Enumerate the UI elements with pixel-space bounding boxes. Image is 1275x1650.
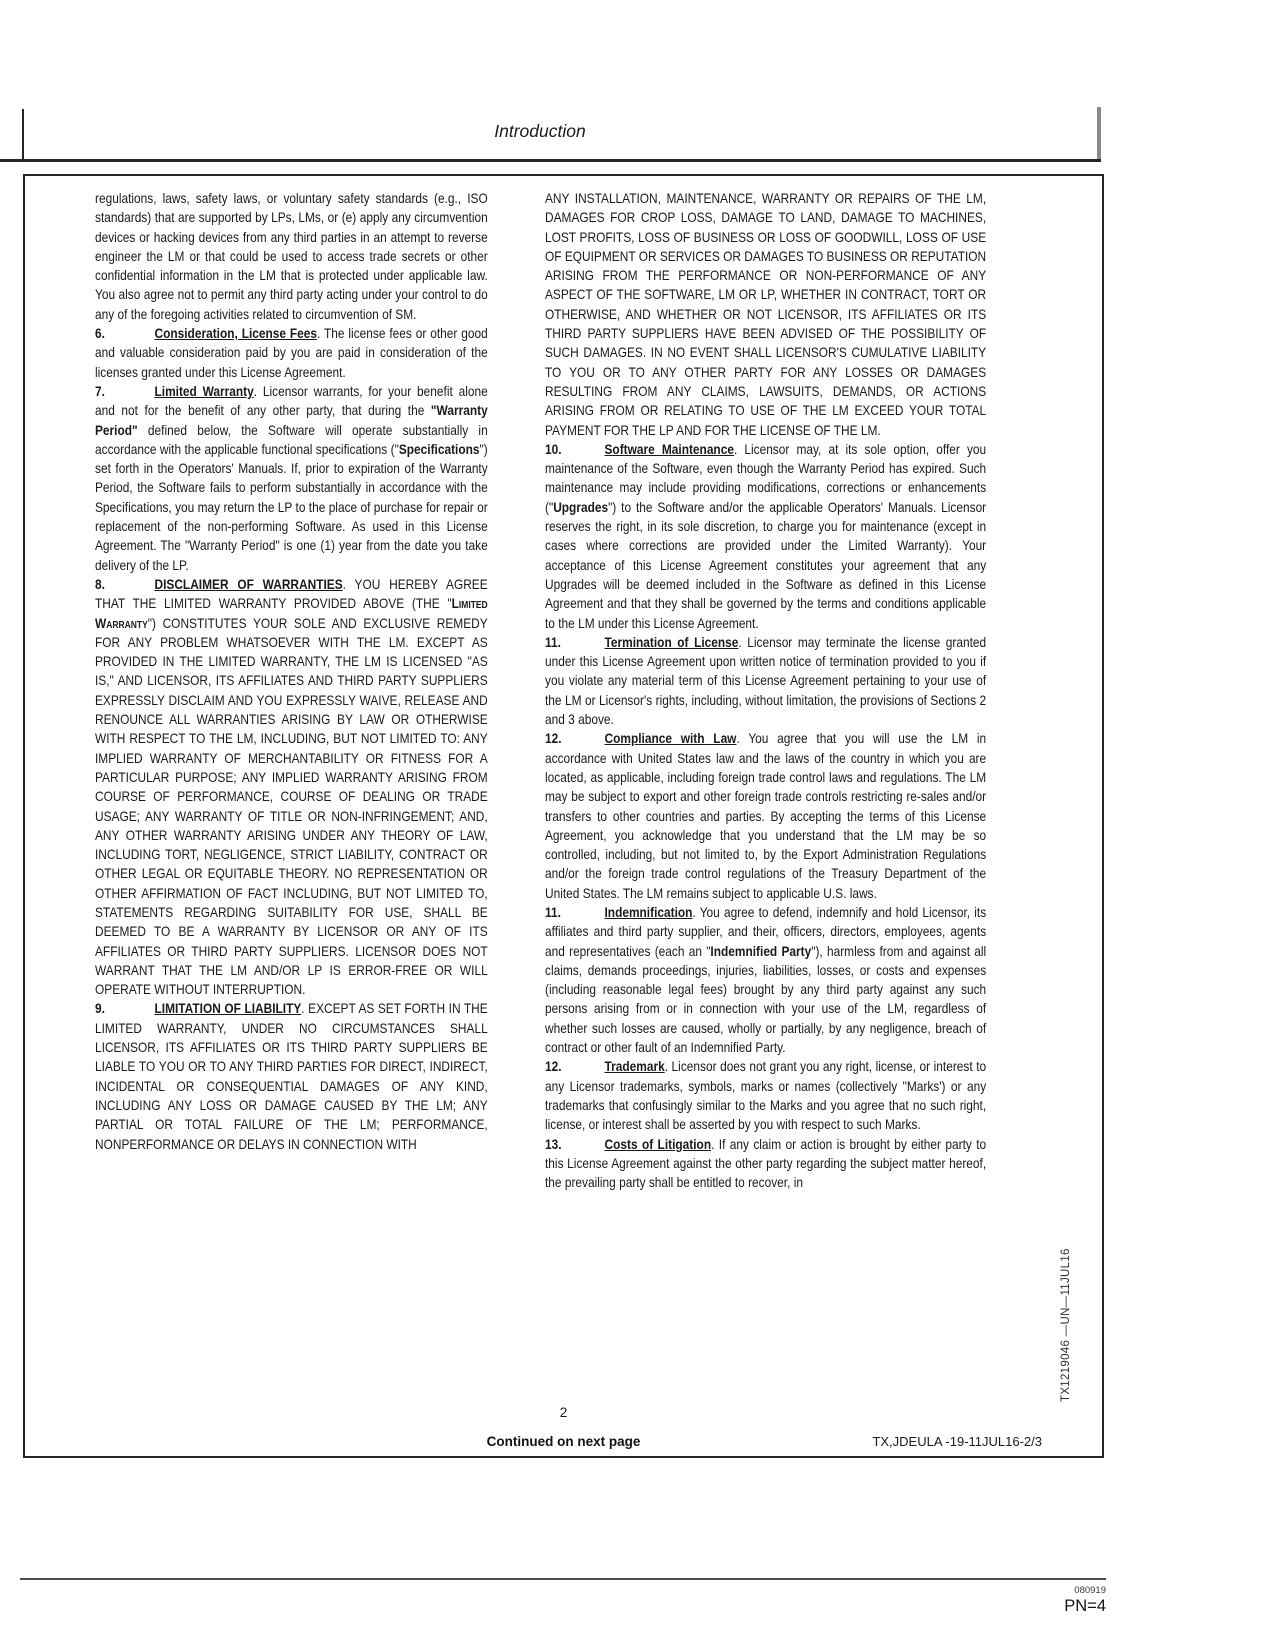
section-number: 8. [95, 575, 155, 594]
column-right: ANY INSTALLATION, MAINTENANCE, WARRANTY … [545, 189, 986, 1192]
print-code: 080919 [1074, 1585, 1106, 1596]
section-heading: Costs of Litigation [605, 1136, 712, 1152]
footer-doc-code: TX,JDEULA -19-11JUL16-2/3 [872, 1434, 1042, 1449]
section-number: 11. [545, 633, 605, 652]
section-number: 13. [545, 1135, 605, 1154]
header-rule [0, 159, 1101, 162]
section-heading: Compliance with Law [605, 730, 737, 746]
section-paragraph: 11.Termination of License. Licensor may … [545, 633, 986, 729]
section-paragraph: 12.Trademark. Licensor does not grant yo… [545, 1057, 986, 1134]
text-segment: regulations, laws, safety laws, or volun… [95, 190, 488, 322]
section-heading: Consideration, License Fees [155, 325, 318, 341]
section-heading: Termination of License [605, 634, 739, 650]
section-heading: Limited Warranty [155, 383, 254, 399]
section-number: 6. [95, 324, 155, 343]
section-paragraph: 9.LIMITATION OF LIABILITY. EXCEPT AS SET… [95, 999, 488, 1153]
sidebar-image-code: TX1219046 —UN—11JUL16 [1060, 1248, 1072, 1402]
section-paragraph: 13.Costs of Litigation. If any claim or … [545, 1135, 986, 1193]
section-number: 11. [545, 903, 605, 922]
section-number: 10. [545, 440, 605, 459]
pn-label: PN=4 [1064, 1597, 1106, 1616]
section-number: 12. [545, 1057, 605, 1076]
section-heading: DISCLAIMER OF WARRANTIES [155, 576, 343, 592]
section-number: 7. [95, 382, 155, 401]
section-paragraph: 11.Indemnification. You agree to defend,… [545, 903, 986, 1057]
text-segment: ") to the Software and/or the applicable… [545, 499, 986, 631]
text-segment: Upgrades [553, 499, 608, 515]
text-segment: ") CONSTITUTES YOUR SOLE AND EXCLUSIVE R… [95, 615, 488, 998]
bottom-rule [20, 1578, 1106, 1580]
text-segment: Indemnified Party [710, 943, 811, 959]
section-number: 12. [545, 729, 605, 748]
paragraph: ANY INSTALLATION, MAINTENANCE, WARRANTY … [545, 189, 986, 440]
license-text-box: regulations, laws, safety laws, or volun… [23, 174, 1104, 1458]
column-left: regulations, laws, safety laws, or volun… [95, 189, 488, 1154]
document-page: Introduction regulations, laws, safety l… [0, 0, 1275, 1650]
section-paragraph: 12.Compliance with Law. You agree that y… [545, 729, 986, 903]
section-number: 9. [95, 999, 155, 1018]
text-segment: Specifications [399, 441, 480, 457]
page-title: Introduction [0, 121, 1080, 142]
section-heading: Software Maintenance [605, 441, 734, 457]
paragraph: regulations, laws, safety laws, or volun… [95, 189, 488, 324]
text-segment: . You agree that you will use the LM in … [545, 730, 986, 900]
text-segment: ANY INSTALLATION, MAINTENANCE, WARRANTY … [545, 190, 986, 438]
section-paragraph: 7.Limited Warranty. Licensor warrants, f… [95, 382, 488, 575]
section-heading: Indemnification [605, 904, 693, 920]
page-number: 2 [25, 1405, 1102, 1420]
header-right-tick [1097, 107, 1101, 159]
section-heading: LIMITATION OF LIABILITY [155, 1000, 302, 1016]
section-paragraph: 8.DISCLAIMER OF WARRANTIES. YOU HEREBY A… [95, 575, 488, 1000]
section-paragraph: 6.Consideration, License Fees. The licen… [95, 324, 488, 382]
text-segment: "), harmless from and against all claims… [545, 943, 986, 1055]
section-heading: Trademark [605, 1058, 665, 1074]
section-paragraph: 10.Software Maintenance. Licensor may, a… [545, 440, 986, 633]
text-segment: ") set forth in the Operators' Manuals. … [95, 441, 488, 573]
header-left-tick [22, 109, 24, 159]
text-segment: . EXCEPT AS SET FORTH IN THE LIMITED WAR… [95, 1000, 488, 1151]
